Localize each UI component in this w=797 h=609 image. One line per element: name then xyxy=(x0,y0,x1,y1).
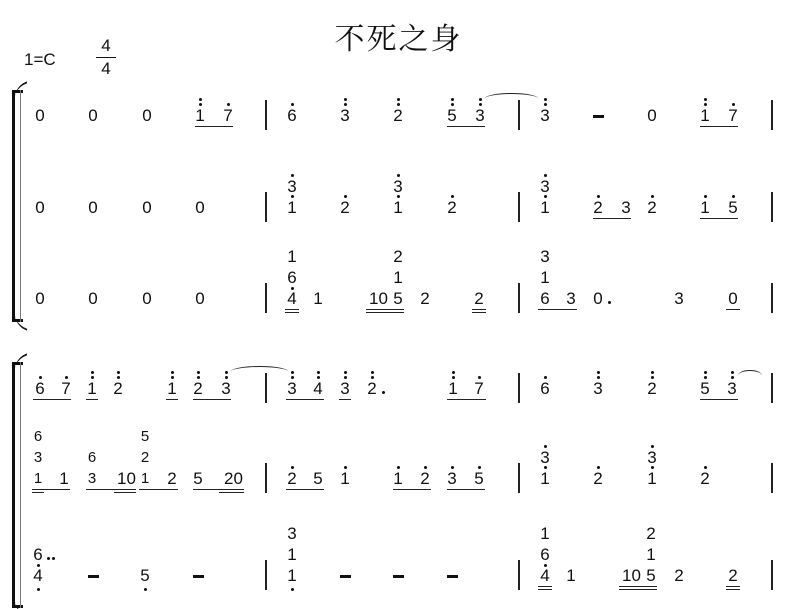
note: 1 xyxy=(391,470,405,488)
tie-slur xyxy=(738,370,762,381)
note: 0 xyxy=(33,107,47,125)
barline xyxy=(771,560,773,590)
high-octave-dot xyxy=(344,466,347,469)
beam-underline xyxy=(538,589,552,590)
note: 3 xyxy=(591,380,605,398)
high-octave-dot xyxy=(424,466,427,469)
note: 1 xyxy=(538,470,552,488)
high-octave-dot xyxy=(199,98,202,101)
note: 1 xyxy=(391,269,405,287)
note: 3 xyxy=(564,290,578,308)
low-octave-dot xyxy=(144,588,147,591)
note: 4 xyxy=(538,567,552,585)
note: 3 xyxy=(645,449,659,467)
note: 0 xyxy=(140,290,154,308)
note: 0 xyxy=(591,290,605,308)
beam-underline xyxy=(447,126,485,127)
barline xyxy=(265,463,267,493)
high-octave-dot xyxy=(371,371,374,374)
beam-underline xyxy=(726,586,740,587)
high-octave-dot xyxy=(597,376,600,379)
high-octave-dot xyxy=(544,103,547,106)
high-octave-dot xyxy=(651,445,654,448)
augmentation-dot xyxy=(47,557,50,560)
note: 2 xyxy=(391,107,405,125)
beam-underline xyxy=(619,589,657,590)
note: 6 xyxy=(31,546,45,564)
note: 1 xyxy=(645,470,659,488)
note: 2 xyxy=(591,199,605,217)
note: 10 xyxy=(117,470,131,488)
high-octave-dot xyxy=(39,376,42,379)
high-octave-dot xyxy=(704,103,707,106)
note: 1 xyxy=(698,199,712,217)
fraction-bar xyxy=(96,57,116,58)
high-octave-dot xyxy=(704,371,707,374)
high-octave-dot xyxy=(397,466,400,469)
note: 6 xyxy=(285,107,299,125)
note: 6 xyxy=(31,428,45,446)
high-octave-dot xyxy=(225,371,228,374)
note: 0 xyxy=(193,290,207,308)
note: 3 xyxy=(619,199,633,217)
note: 0 xyxy=(645,107,659,125)
note: 1 xyxy=(538,199,552,217)
note: 6 xyxy=(538,290,552,308)
note: 1 xyxy=(391,199,405,217)
note: 3 xyxy=(538,107,552,125)
sustain-dash xyxy=(193,575,204,578)
high-octave-dot xyxy=(291,371,294,374)
note: 3 xyxy=(538,449,552,467)
high-octave-dot xyxy=(478,466,481,469)
barline xyxy=(518,100,520,130)
beam-underline xyxy=(32,489,70,490)
augmentation-dot xyxy=(52,557,55,560)
tie-slur xyxy=(485,93,538,104)
high-octave-dot xyxy=(91,376,94,379)
high-octave-dot xyxy=(451,195,454,198)
high-octave-dot xyxy=(397,103,400,106)
note: 2 xyxy=(645,380,659,398)
high-octave-dot xyxy=(478,376,481,379)
key-signature: 1=C xyxy=(24,50,56,70)
beam-underline xyxy=(472,312,486,313)
note: 0 xyxy=(33,290,47,308)
high-octave-dot xyxy=(544,376,547,379)
note: 5 xyxy=(472,470,486,488)
note: 1 xyxy=(564,567,578,585)
beam-underline xyxy=(32,492,44,493)
note: 1 xyxy=(338,470,352,488)
note: 2 xyxy=(591,470,605,488)
high-octave-dot xyxy=(117,376,120,379)
sustain-dash xyxy=(340,575,351,578)
beam-underline xyxy=(700,126,738,127)
note: 3 xyxy=(219,380,233,398)
note: 3 xyxy=(538,248,552,266)
note: 2 xyxy=(726,567,740,585)
note: 2 xyxy=(418,470,432,488)
system-1-bracket xyxy=(12,90,23,322)
time-denominator: 4 xyxy=(96,59,116,79)
time-signature: 4 4 xyxy=(96,36,116,79)
beam-underline xyxy=(195,126,233,127)
note: 7 xyxy=(59,380,73,398)
high-octave-dot xyxy=(732,103,735,106)
high-octave-dot xyxy=(291,103,294,106)
high-octave-dot xyxy=(197,371,200,374)
note: 6 xyxy=(85,449,99,467)
beam-underline xyxy=(285,312,299,313)
high-octave-dot xyxy=(544,445,547,448)
sustain-dash xyxy=(447,575,458,578)
note: 3 xyxy=(285,178,299,196)
beam-underline xyxy=(285,309,299,310)
high-octave-dot xyxy=(199,103,202,106)
beam-underline xyxy=(700,399,738,400)
high-octave-dot xyxy=(227,103,230,106)
low-octave-dot xyxy=(544,564,547,567)
note: 7 xyxy=(472,380,486,398)
note: 3 xyxy=(672,290,686,308)
note: 1 xyxy=(285,199,299,217)
note: 1 xyxy=(285,567,299,585)
beam-underline xyxy=(726,589,740,590)
high-octave-dot xyxy=(452,371,455,374)
beam-underline xyxy=(393,489,431,490)
high-octave-dot xyxy=(344,195,347,198)
note: 2 xyxy=(285,470,299,488)
beam-underline xyxy=(166,399,178,400)
note: 3 xyxy=(391,178,405,196)
time-numerator: 4 xyxy=(96,36,116,56)
low-octave-dot xyxy=(291,287,294,290)
note: 2 xyxy=(111,380,125,398)
note: 1 xyxy=(138,470,152,488)
note: 1 xyxy=(538,269,552,287)
barline xyxy=(265,192,267,222)
sustain-dash xyxy=(88,575,99,578)
barline xyxy=(771,283,773,313)
note: 0 xyxy=(86,107,100,125)
high-octave-dot xyxy=(397,174,400,177)
sustain-dash xyxy=(393,575,404,578)
high-octave-dot xyxy=(704,466,707,469)
beam-underline xyxy=(286,489,324,490)
note: 2 xyxy=(138,449,152,467)
beam-underline xyxy=(538,586,552,587)
note: 2 xyxy=(418,290,432,308)
note: 2 xyxy=(644,525,658,543)
note: 5 xyxy=(311,470,325,488)
note: 5 xyxy=(644,567,658,585)
high-octave-dot xyxy=(597,371,600,374)
note: 5 xyxy=(726,199,740,217)
note: 1 xyxy=(85,380,99,398)
high-octave-dot xyxy=(732,195,735,198)
note: 3 xyxy=(538,178,552,196)
barline xyxy=(518,192,520,222)
high-octave-dot xyxy=(225,376,228,379)
barline xyxy=(265,283,267,313)
note: 5 xyxy=(191,470,205,488)
note: 3 xyxy=(338,380,352,398)
high-octave-dot xyxy=(291,174,294,177)
high-octave-dot xyxy=(91,371,94,374)
augmentation-dot xyxy=(382,391,385,394)
note: 1 xyxy=(311,290,325,308)
beam-underline xyxy=(366,309,404,310)
high-octave-dot xyxy=(317,376,320,379)
high-octave-dot xyxy=(544,98,547,101)
note: 3 xyxy=(285,525,299,543)
note: 2 xyxy=(338,199,352,217)
barline xyxy=(771,463,773,493)
note: 3 xyxy=(285,380,299,398)
note: 5 xyxy=(698,380,712,398)
high-octave-dot xyxy=(651,376,654,379)
low-octave-dot xyxy=(37,588,40,591)
note: 1 xyxy=(644,546,658,564)
beam-underline xyxy=(593,218,631,219)
note: 0 xyxy=(86,290,100,308)
beam-underline xyxy=(114,492,136,493)
barline xyxy=(265,100,267,130)
note: 6 xyxy=(538,380,552,398)
note: 3 xyxy=(473,107,487,125)
barline xyxy=(265,373,267,403)
high-octave-dot xyxy=(371,376,374,379)
note: 1 xyxy=(31,470,45,488)
high-octave-dot xyxy=(65,376,68,379)
beam-underline xyxy=(286,399,324,400)
beam-underline xyxy=(700,218,738,219)
high-octave-dot xyxy=(291,466,294,469)
note: 6 xyxy=(33,380,47,398)
note: 3 xyxy=(31,449,45,467)
high-octave-dot xyxy=(344,376,347,379)
barline xyxy=(518,283,520,313)
barline xyxy=(518,373,520,403)
note: 2 xyxy=(191,380,205,398)
note: 5 xyxy=(391,290,405,308)
note: 3 xyxy=(85,470,99,488)
high-octave-dot xyxy=(451,98,454,101)
note: 1 xyxy=(698,107,712,125)
high-octave-dot xyxy=(397,98,400,101)
note: 1 xyxy=(165,380,179,398)
high-octave-dot xyxy=(317,371,320,374)
high-octave-dot xyxy=(597,466,600,469)
beam-underline xyxy=(447,399,486,400)
high-octave-dot xyxy=(479,103,482,106)
note: 0 xyxy=(33,199,47,217)
note: 3 xyxy=(725,380,739,398)
beam-underline xyxy=(193,489,244,490)
high-octave-dot xyxy=(291,376,294,379)
barline xyxy=(771,192,773,222)
song-title: 不死之身 xyxy=(0,14,797,58)
high-octave-dot xyxy=(479,98,482,101)
note: 1 xyxy=(285,546,299,564)
note: 4 xyxy=(311,380,325,398)
high-octave-dot xyxy=(704,98,707,101)
note: 10 xyxy=(622,567,636,585)
note: 1 xyxy=(285,248,299,266)
note: 5 xyxy=(445,107,459,125)
note: 2 xyxy=(165,470,179,488)
high-octave-dot xyxy=(651,195,654,198)
note: 7 xyxy=(726,107,740,125)
beam-underline xyxy=(33,399,71,400)
beam-underline xyxy=(538,309,577,310)
note: 1 xyxy=(446,380,460,398)
note: 1 xyxy=(538,525,552,543)
note: 2 xyxy=(445,199,459,217)
sustain-dash xyxy=(593,115,604,118)
note: 0 xyxy=(193,199,207,217)
beam-underline xyxy=(86,399,98,400)
high-octave-dot xyxy=(544,174,547,177)
note: 5 xyxy=(138,428,152,446)
high-octave-dot xyxy=(704,195,707,198)
beam-underline xyxy=(366,312,404,313)
high-octave-dot xyxy=(171,371,174,374)
augmentation-dot xyxy=(608,301,611,304)
low-octave-dot xyxy=(291,588,294,591)
beam-underline xyxy=(219,492,244,493)
beam-underline xyxy=(86,489,136,490)
high-octave-dot xyxy=(451,103,454,106)
barline xyxy=(265,560,267,590)
high-octave-dot xyxy=(452,376,455,379)
beam-underline xyxy=(726,309,740,310)
high-octave-dot xyxy=(651,371,654,374)
tie-slur xyxy=(231,366,288,377)
high-octave-dot xyxy=(344,103,347,106)
barline xyxy=(771,100,773,130)
note: 2 xyxy=(365,380,379,398)
note: 7 xyxy=(221,107,235,125)
note: 2 xyxy=(472,290,486,308)
note: 0 xyxy=(140,107,154,125)
beam-underline xyxy=(339,399,351,400)
high-octave-dot xyxy=(117,371,120,374)
high-octave-dot xyxy=(731,371,734,374)
high-octave-dot xyxy=(197,376,200,379)
high-octave-dot xyxy=(597,195,600,198)
barline xyxy=(518,463,520,493)
low-octave-dot xyxy=(37,564,40,567)
beam-underline xyxy=(447,489,485,490)
beam-underline xyxy=(139,489,178,490)
system-2-bracket xyxy=(12,362,23,608)
high-octave-dot xyxy=(704,376,707,379)
high-octave-dot xyxy=(451,466,454,469)
high-octave-dot xyxy=(171,376,174,379)
high-octave-dot xyxy=(344,371,347,374)
note: 0 xyxy=(140,199,154,217)
note: 4 xyxy=(31,567,45,585)
note: 3 xyxy=(445,470,459,488)
barline xyxy=(518,560,520,590)
note: 2 xyxy=(645,199,659,217)
note: 0 xyxy=(86,199,100,217)
beam-underline xyxy=(619,586,657,587)
high-octave-dot xyxy=(731,376,734,379)
note: 2 xyxy=(391,248,405,266)
note: 1 xyxy=(57,470,71,488)
beam-underline xyxy=(193,399,231,400)
note: 10 xyxy=(369,290,383,308)
note: 4 xyxy=(285,290,299,308)
note: 1 xyxy=(193,107,207,125)
note: 6 xyxy=(285,269,299,287)
note: 20 xyxy=(224,470,238,488)
note: 2 xyxy=(698,470,712,488)
note: 6 xyxy=(538,546,552,564)
note: 0 xyxy=(726,290,740,308)
high-octave-dot xyxy=(344,98,347,101)
note: 2 xyxy=(672,567,686,585)
note: 3 xyxy=(338,107,352,125)
note: 5 xyxy=(138,567,152,585)
barline xyxy=(771,373,773,403)
beam-underline xyxy=(472,309,486,310)
